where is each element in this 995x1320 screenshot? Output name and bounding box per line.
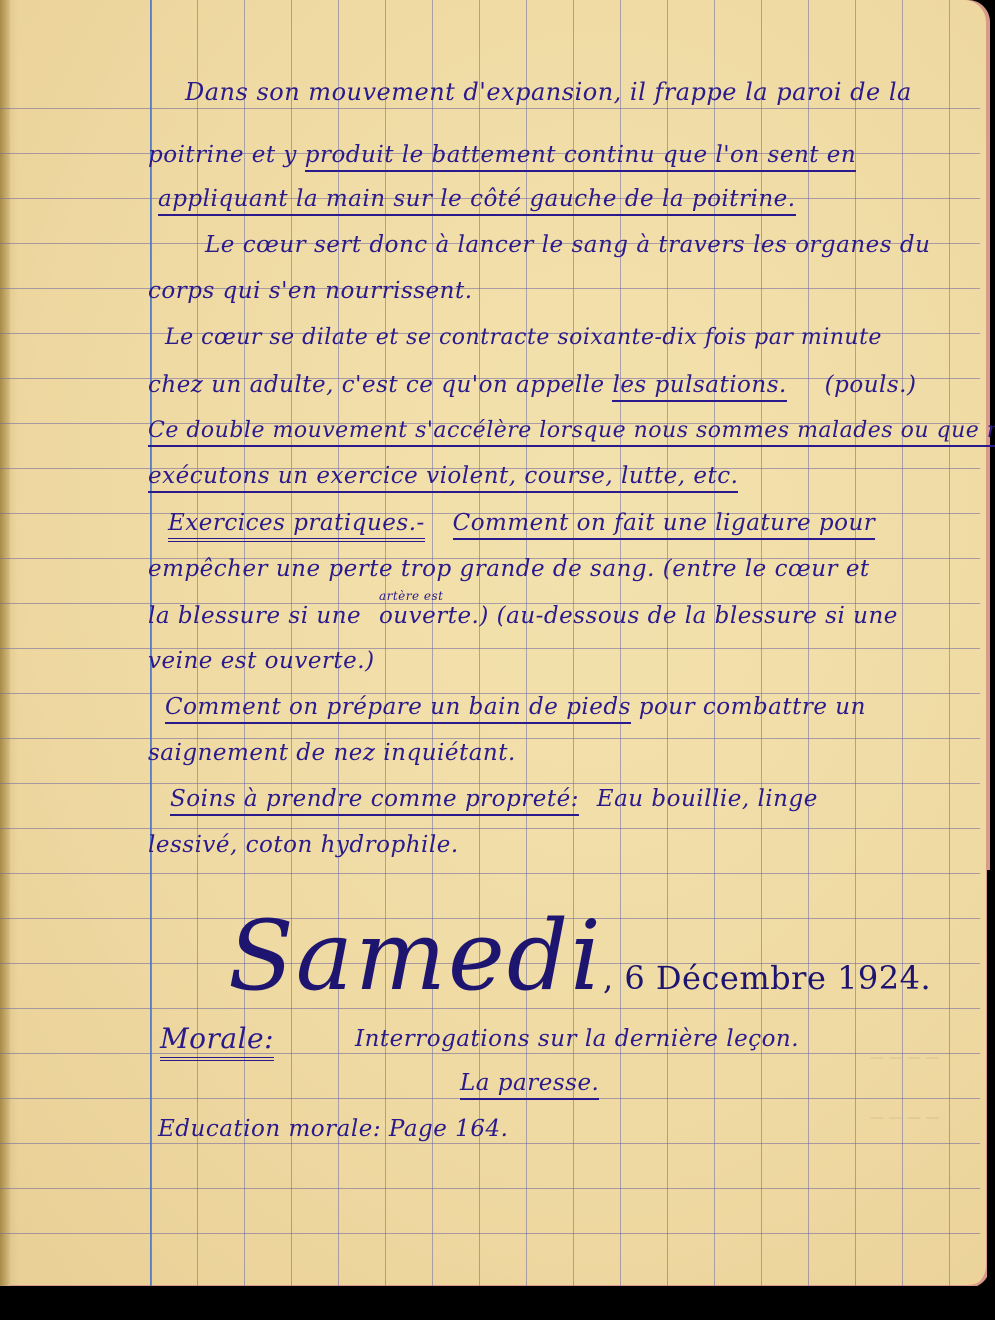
text-line: corps qui s'en nourrissent. <box>148 278 473 304</box>
section-heading: Exercices pratiques.- <box>168 510 425 542</box>
text-line: chez un adulte, c'est ce qu'on appelle l… <box>148 372 916 398</box>
text-line: la blessure si une artère est ouverte.) … <box>148 603 898 629</box>
note-text: (pouls.) <box>825 372 917 398</box>
text-segment: Eau bouillie, linge <box>597 786 818 812</box>
text-line: Comment on prépare un bain de pieds pour… <box>165 694 866 720</box>
text-line: poitrine et y produit le battement conti… <box>148 142 856 168</box>
underlined-text: exécutons un exercice violent, course, l… <box>148 463 738 493</box>
text-line: empêcher une perte trop grande de sang. … <box>148 556 870 582</box>
underlined-text: appliquant la main sur le côté gauche de… <box>158 186 796 216</box>
underlined-text: les pulsations. <box>612 372 786 402</box>
text-line: appliquant la main sur le côté gauche de… <box>158 186 796 212</box>
underlined-text: Ce double mouvement s'accélère lorsque n… <box>148 418 995 447</box>
text-line: saignement de nez inquiétant. <box>148 740 516 766</box>
bleed-through-text: — — — — <box>870 1050 939 1066</box>
scan-border <box>987 870 995 1320</box>
text-line: Le cœur sert donc à lancer le sang à tra… <box>205 232 930 258</box>
text-line: Soins à prendre comme propreté: Eau boui… <box>170 786 818 812</box>
underlined-text: produit le battement continu que l'on se… <box>305 142 857 172</box>
text-line: exécutons un exercice violent, course, l… <box>148 463 738 489</box>
text-segment: ouverte.) (au-dessous de la blessure si … <box>379 603 898 629</box>
text-segment: pour combattre un <box>639 694 866 720</box>
section-heading-morale: Morale: <box>160 1022 274 1061</box>
text-line: veine est ouverte.) <box>148 648 375 674</box>
text-segment: poitrine et y <box>148 142 297 168</box>
text-segment: la blessure si une <box>148 603 361 629</box>
text-line: Education morale: Page 164. <box>158 1116 508 1142</box>
text-line: La paresse. <box>460 1070 599 1096</box>
underlined-text: Comment on fait une ligature pour <box>453 510 876 540</box>
text-segment: chez un adulte, c'est ce qu'on appelle <box>148 372 605 398</box>
lesson-subtitle: La paresse. <box>460 1070 599 1100</box>
date-heading: Samedi, 6 Décembre 1924. <box>228 900 931 1012</box>
underlined-text: Soins à prendre comme propreté: <box>170 786 579 816</box>
date-text: , 6 Décembre 1924. <box>603 959 931 997</box>
underlined-text: Comment on prépare un bain de pieds <box>165 694 631 724</box>
notebook-page: — — — — — — — — Dans son mouvement d'exp… <box>0 0 990 1288</box>
text-line: lessivé, coton hydrophile. <box>148 832 459 858</box>
bleed-through-text: — — — — <box>870 1110 939 1126</box>
text-line: Le cœur se dilate et se contracte soixan… <box>165 325 882 350</box>
scan-border <box>0 1286 995 1320</box>
text-line: Interrogations sur la dernière leçon. <box>355 1026 799 1052</box>
day-title: Samedi <box>228 900 603 1012</box>
text-line: Ce double mouvement s'accélère lorsque n… <box>148 418 995 443</box>
text-line: Morale: <box>160 1022 274 1055</box>
text-line: Dans son mouvement d'expansion, il frapp… <box>185 78 912 106</box>
margin-line <box>150 0 152 1288</box>
text-line: Exercices pratiques.- Comment on fait un… <box>168 510 875 536</box>
superscript-insertion: artère est <box>379 589 444 603</box>
